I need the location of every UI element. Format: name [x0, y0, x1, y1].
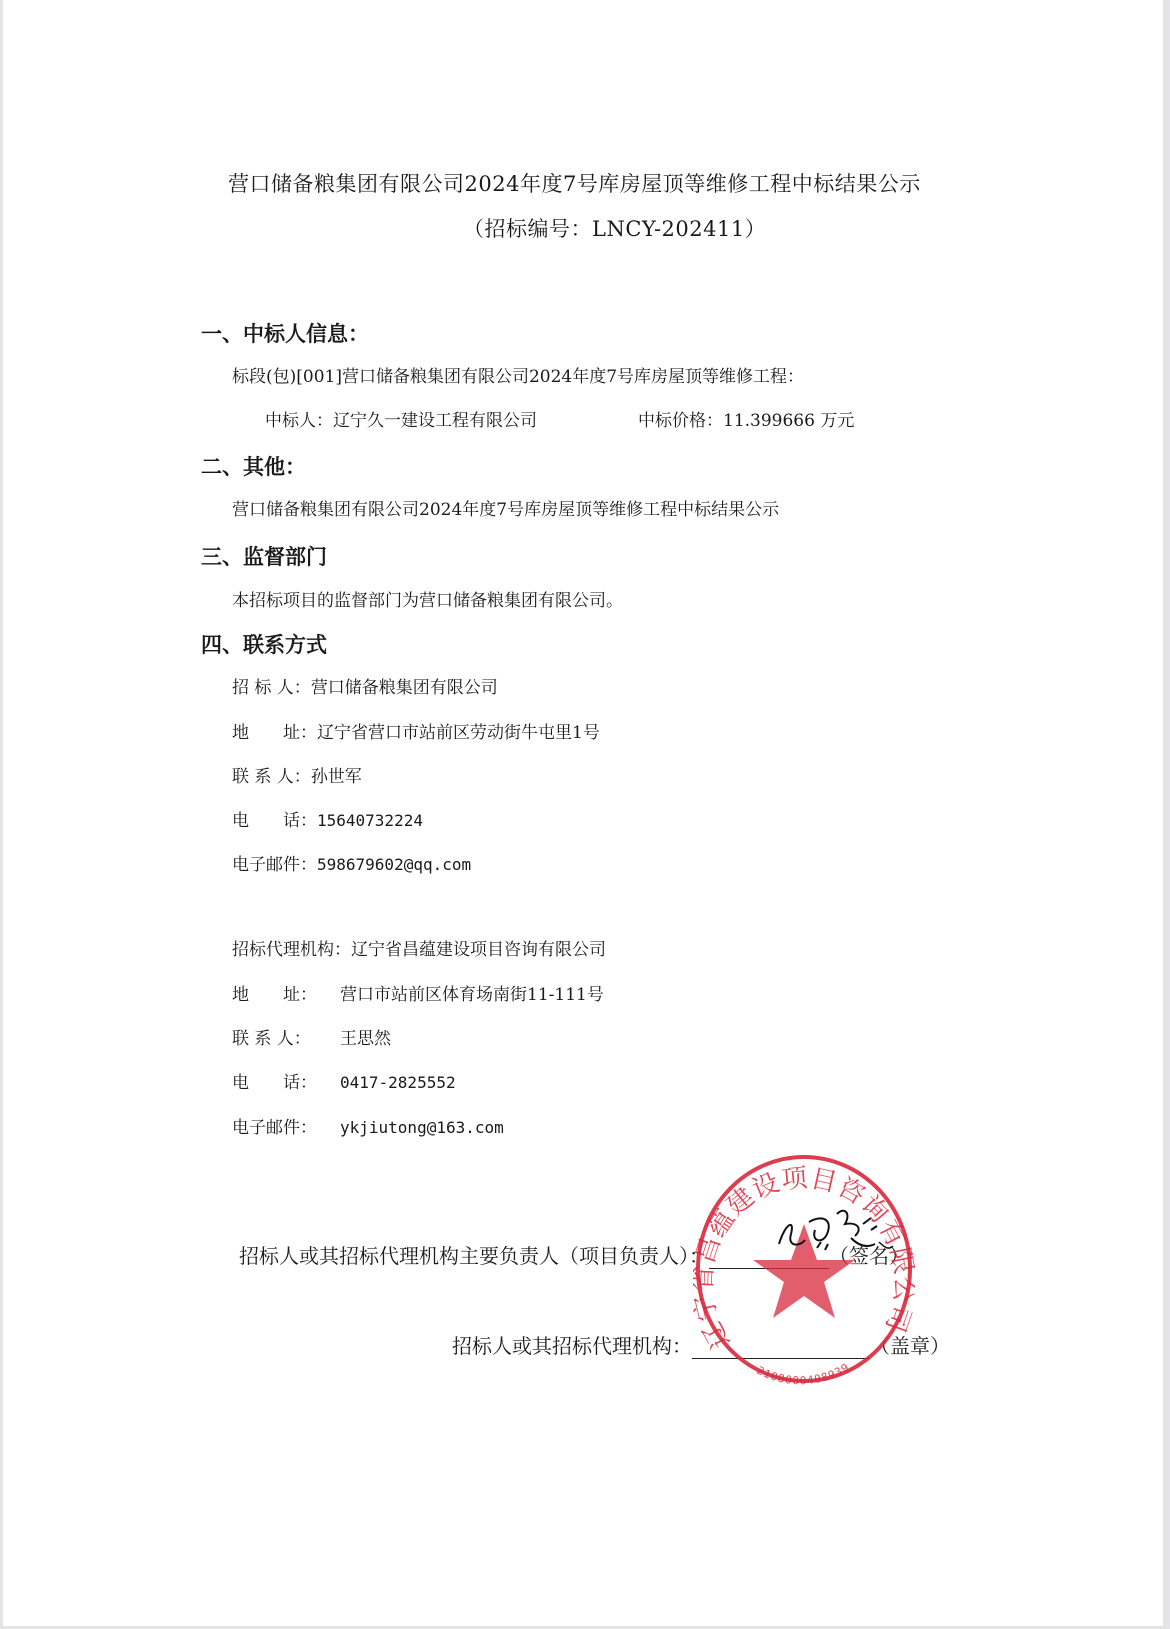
tenderer-phone: 15640732224 — [317, 811, 423, 830]
agency-email-label: 电子邮件： — [232, 1113, 340, 1138]
seal-label: 招标人或其招标代理机构： — [452, 1334, 692, 1358]
tenderer-phone-label: 电 话： — [232, 806, 317, 831]
tenderer-contact: 孙世军 — [311, 767, 362, 787]
supervision-body: 本招标项目的监督部门为营口储备粮集团有限公司。 — [232, 586, 623, 611]
stamp-number: 2108000408939 — [755, 1361, 852, 1386]
price-label: 中标价格： — [638, 411, 723, 431]
agency-email: ykjiutong@163.com — [340, 1118, 504, 1137]
agency-contact-label: 联 系 人： — [232, 1024, 340, 1049]
tenderer-address-row: 地 址：辽宁省营口市站前区劳动街牛屯里1号 — [232, 718, 600, 743]
agency-address-label: 地 址： — [232, 980, 340, 1005]
tenderer-phone-row: 电 话：15640732224 — [232, 806, 423, 831]
tenderer-address: 辽宁省营口市站前区劳动街牛屯里1号 — [317, 723, 600, 743]
tenderer-contact-label: 联 系 人： — [232, 762, 311, 787]
tenderer-email: 598679602@qq.com — [317, 855, 471, 874]
other-body: 营口储备粮集团有限公司2024年度7号库房屋顶等维修工程中标结果公示 — [232, 495, 779, 520]
price-unit: 万元 — [820, 411, 854, 431]
tenderer-email-row: 电子邮件：598679602@qq.com — [232, 850, 471, 875]
agency-contact-row: 联 系 人：王思然 — [232, 1024, 391, 1049]
section-heading-supervision: 三、监督部门 — [201, 541, 327, 571]
svg-text:2108000408939: 2108000408939 — [755, 1361, 852, 1386]
tender-number: （招标编号：LNCY-202411） — [463, 213, 766, 243]
price-value: 11.399666 — [723, 411, 815, 431]
agency-address: 营口市站前区体育场南街11-111号 — [340, 985, 604, 1005]
agency-name-label: 招标代理机构： — [232, 935, 351, 960]
signer-label: 招标人或其招标代理机构主要负责人（项目负责人）： — [239, 1244, 709, 1268]
tenderer-name-label: 招 标 人： — [232, 673, 311, 698]
lot-description: 标段(包)[001]营口储备粮集团有限公司2024年度7号库房屋顶等维修工程： — [232, 362, 804, 387]
agency-address-row: 地 址：营口市站前区体育场南街11-111号 — [232, 980, 604, 1005]
agency-email-row: 电子邮件：ykjiutong@163.com — [232, 1113, 504, 1138]
section-heading-other: 二、其他： — [201, 451, 306, 481]
winner-row: 中标人：辽宁久一建设工程有限公司 — [265, 406, 537, 431]
agency-phone: 0417-2825552 — [340, 1073, 456, 1092]
winner-label: 中标人： — [265, 411, 333, 431]
tenderer-name-row: 招 标 人：营口储备粮集团有限公司 — [232, 673, 498, 698]
tenderer-contact-row: 联 系 人：孙世军 — [232, 762, 362, 787]
agency-name-row: 招标代理机构：辽宁省昌蕴建设项目咨询有限公司 — [232, 935, 606, 960]
document-page: 营口储备粮集团有限公司2024年度7号库房屋顶等维修工程中标结果公示 （招标编号… — [3, 0, 1163, 1626]
document-title: 营口储备粮集团有限公司2024年度7号库房屋顶等维修工程中标结果公示 — [228, 168, 921, 198]
tenderer-email-label: 电子邮件： — [232, 850, 317, 875]
handwritten-signature — [771, 1204, 901, 1264]
winner-name: 辽宁久一建设工程有限公司 — [333, 411, 537, 431]
tenderer-address-label: 地 址： — [232, 718, 317, 743]
company-seal-stamp: 辽宁省昌蕴建设项目咨询有限公司 2108000408939 — [693, 1152, 915, 1386]
agency-phone-label: 电 话： — [232, 1068, 340, 1093]
agency-phone-row: 电 话：0417-2825552 — [232, 1068, 456, 1093]
section-heading-contact: 四、联系方式 — [201, 629, 327, 659]
section-heading-winner-info: 一、中标人信息： — [201, 318, 369, 348]
tenderer-name: 营口储备粮集团有限公司 — [311, 678, 498, 698]
agency-contact: 王思然 — [340, 1029, 391, 1049]
agency-name: 辽宁省昌蕴建设项目咨询有限公司 — [351, 940, 606, 960]
price-row: 中标价格：11.399666 万元 — [638, 406, 854, 431]
